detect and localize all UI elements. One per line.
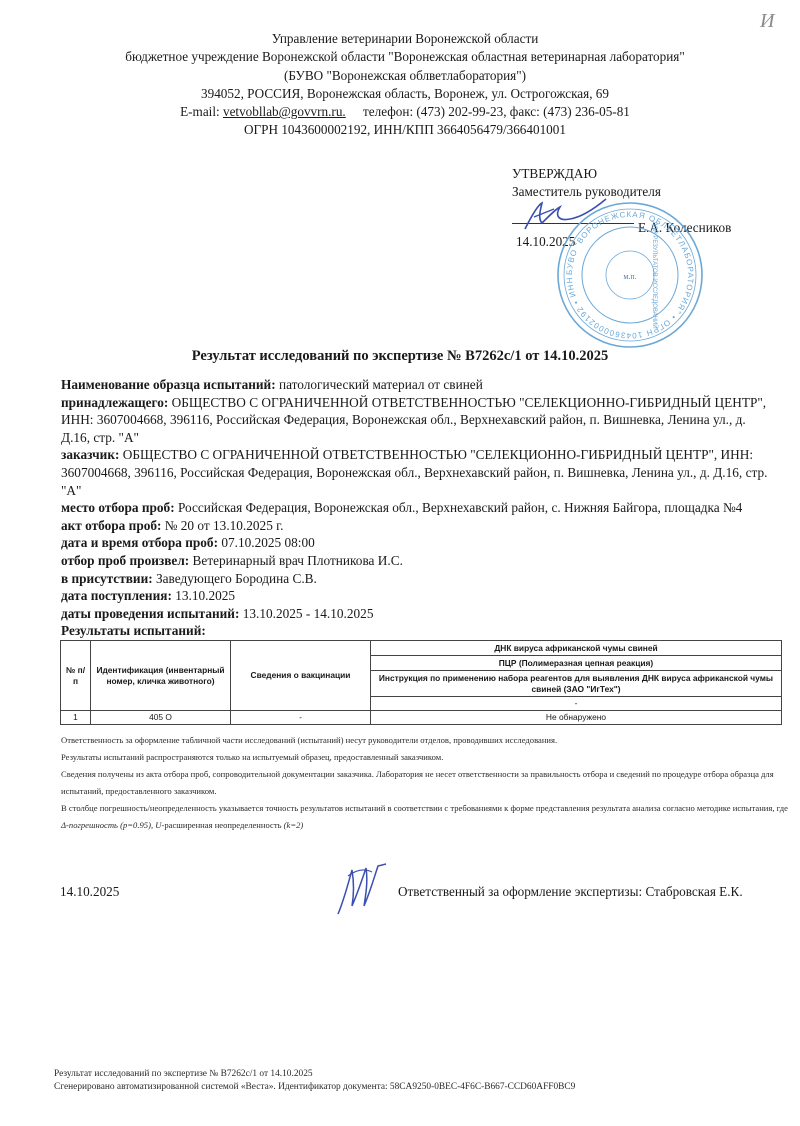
svg-text:ДЛЯ РЕЗУЛЬТАТОВ ИССЛЕДОВАНИЙ: ДЛЯ РЕЗУЛЬТАТОВ ИССЛЕДОВАНИЙ [651, 221, 659, 328]
header-identification: Идентификация (инвентарный номер, кличка… [91, 641, 231, 711]
field-receipt-date: дата поступления: 13.10.2025 [61, 587, 771, 605]
corner-handwritten-mark: И [760, 10, 774, 33]
footer-reference: Результат исследований по экспертизе № В… [54, 1068, 575, 1081]
approval-heading: УТВЕРЖДАЮ [512, 165, 772, 183]
letterhead: Управление ветеринарии Воронежской облас… [100, 30, 710, 140]
notes: Ответственность за оформление табличной … [61, 732, 791, 835]
field-sampling-act: акт отбора проб: № 20 от 13.10.2025 г. [61, 517, 771, 535]
note-responsibility: Ответственность за оформление табличной … [61, 732, 791, 749]
cell-vaccination: - [231, 711, 371, 725]
signature-date: 14.10.2025 [60, 884, 119, 900]
footer-document-id: Сгенерировано автоматизированной системо… [54, 1081, 575, 1094]
field-sample-name: Наименование образца испытаний: патологи… [61, 376, 771, 394]
email-label: E-mail: [180, 104, 220, 119]
cell-identification: 405 О [91, 711, 231, 725]
table-row: 1 405 О - Не обнаружено [61, 711, 782, 725]
results-table: № п/п Идентификация (инвентарный номер, … [60, 640, 782, 725]
email-link[interactable]: vetvobllab@govvrn.ru. [223, 104, 346, 119]
header-number: № п/п [61, 641, 91, 711]
header-norm-value: - [371, 697, 782, 711]
field-sampling-datetime: дата и время отбора проб: 07.10.2025 08:… [61, 534, 771, 552]
organization-short-name: (БУВО "Воронежская облветлаборатория") [100, 67, 710, 85]
results-heading: Результаты испытаний: [61, 622, 771, 640]
registration-line: ОГРН 1043600002192, ИНН/КПП 3664056479/3… [100, 121, 710, 139]
address-line: 394052, РОССИЯ, Воронежская область, Вор… [100, 85, 710, 103]
note-source: Сведения получены из акта отбора проб, с… [61, 766, 791, 800]
responsible-signature-icon [330, 862, 390, 917]
header-indicator: ДНК вируса африканской чумы свиней [371, 641, 782, 656]
field-in-presence: в присутствии: Заведующего Бородина С.В. [61, 570, 771, 588]
field-owner: принадлежащего: ОБЩЕСТВО С ОГРАНИЧЕННОЙ … [61, 394, 771, 447]
cell-number: 1 [61, 711, 91, 725]
header-vaccination: Сведения о вакцинации [231, 641, 371, 711]
sample-info: Наименование образца испытаний: патологи… [61, 376, 771, 640]
header-normative: Инструкция по применению набора реагенто… [371, 671, 782, 697]
organization-line: бюджетное учреждение Воронежской области… [100, 48, 710, 66]
responsible-person: Ответственный за оформление экспертизы: … [398, 884, 743, 900]
field-sampling-place: место отбора проб: Российская Федерация,… [61, 499, 771, 517]
note-scope: Результаты испытаний распространяются то… [61, 749, 791, 766]
svg-text:м.п.: м.п. [623, 272, 636, 281]
header-method: ПЦР (Полимеразная цепная реакция) [371, 656, 782, 671]
field-customer: заказчик: ОБЩЕСТВО С ОГРАНИЧЕННОЙ ОТВЕТС… [61, 446, 771, 499]
contacts-line: E-mail: vetvobllab@govvrn.ru. телефон: (… [100, 103, 710, 121]
document-title: Результат исследований по экспертизе № В… [0, 348, 800, 365]
phones: телефон: (473) 202-99-23, факс: (473) 23… [363, 104, 630, 119]
field-sampled-by: отбор проб произвел: Ветеринарный врач П… [61, 552, 771, 570]
cell-result: Не обнаружено [371, 711, 782, 725]
approver-signature-icon [520, 195, 610, 235]
page-footer: Результат исследований по экспертизе № В… [54, 1068, 575, 1093]
field-test-dates: даты проведения испытаний: 13.10.2025 - … [61, 605, 771, 623]
ministry-line: Управление ветеринарии Воронежской облас… [100, 30, 710, 48]
note-uncertainty: В столбце погрешность/неопределенность у… [61, 800, 791, 834]
